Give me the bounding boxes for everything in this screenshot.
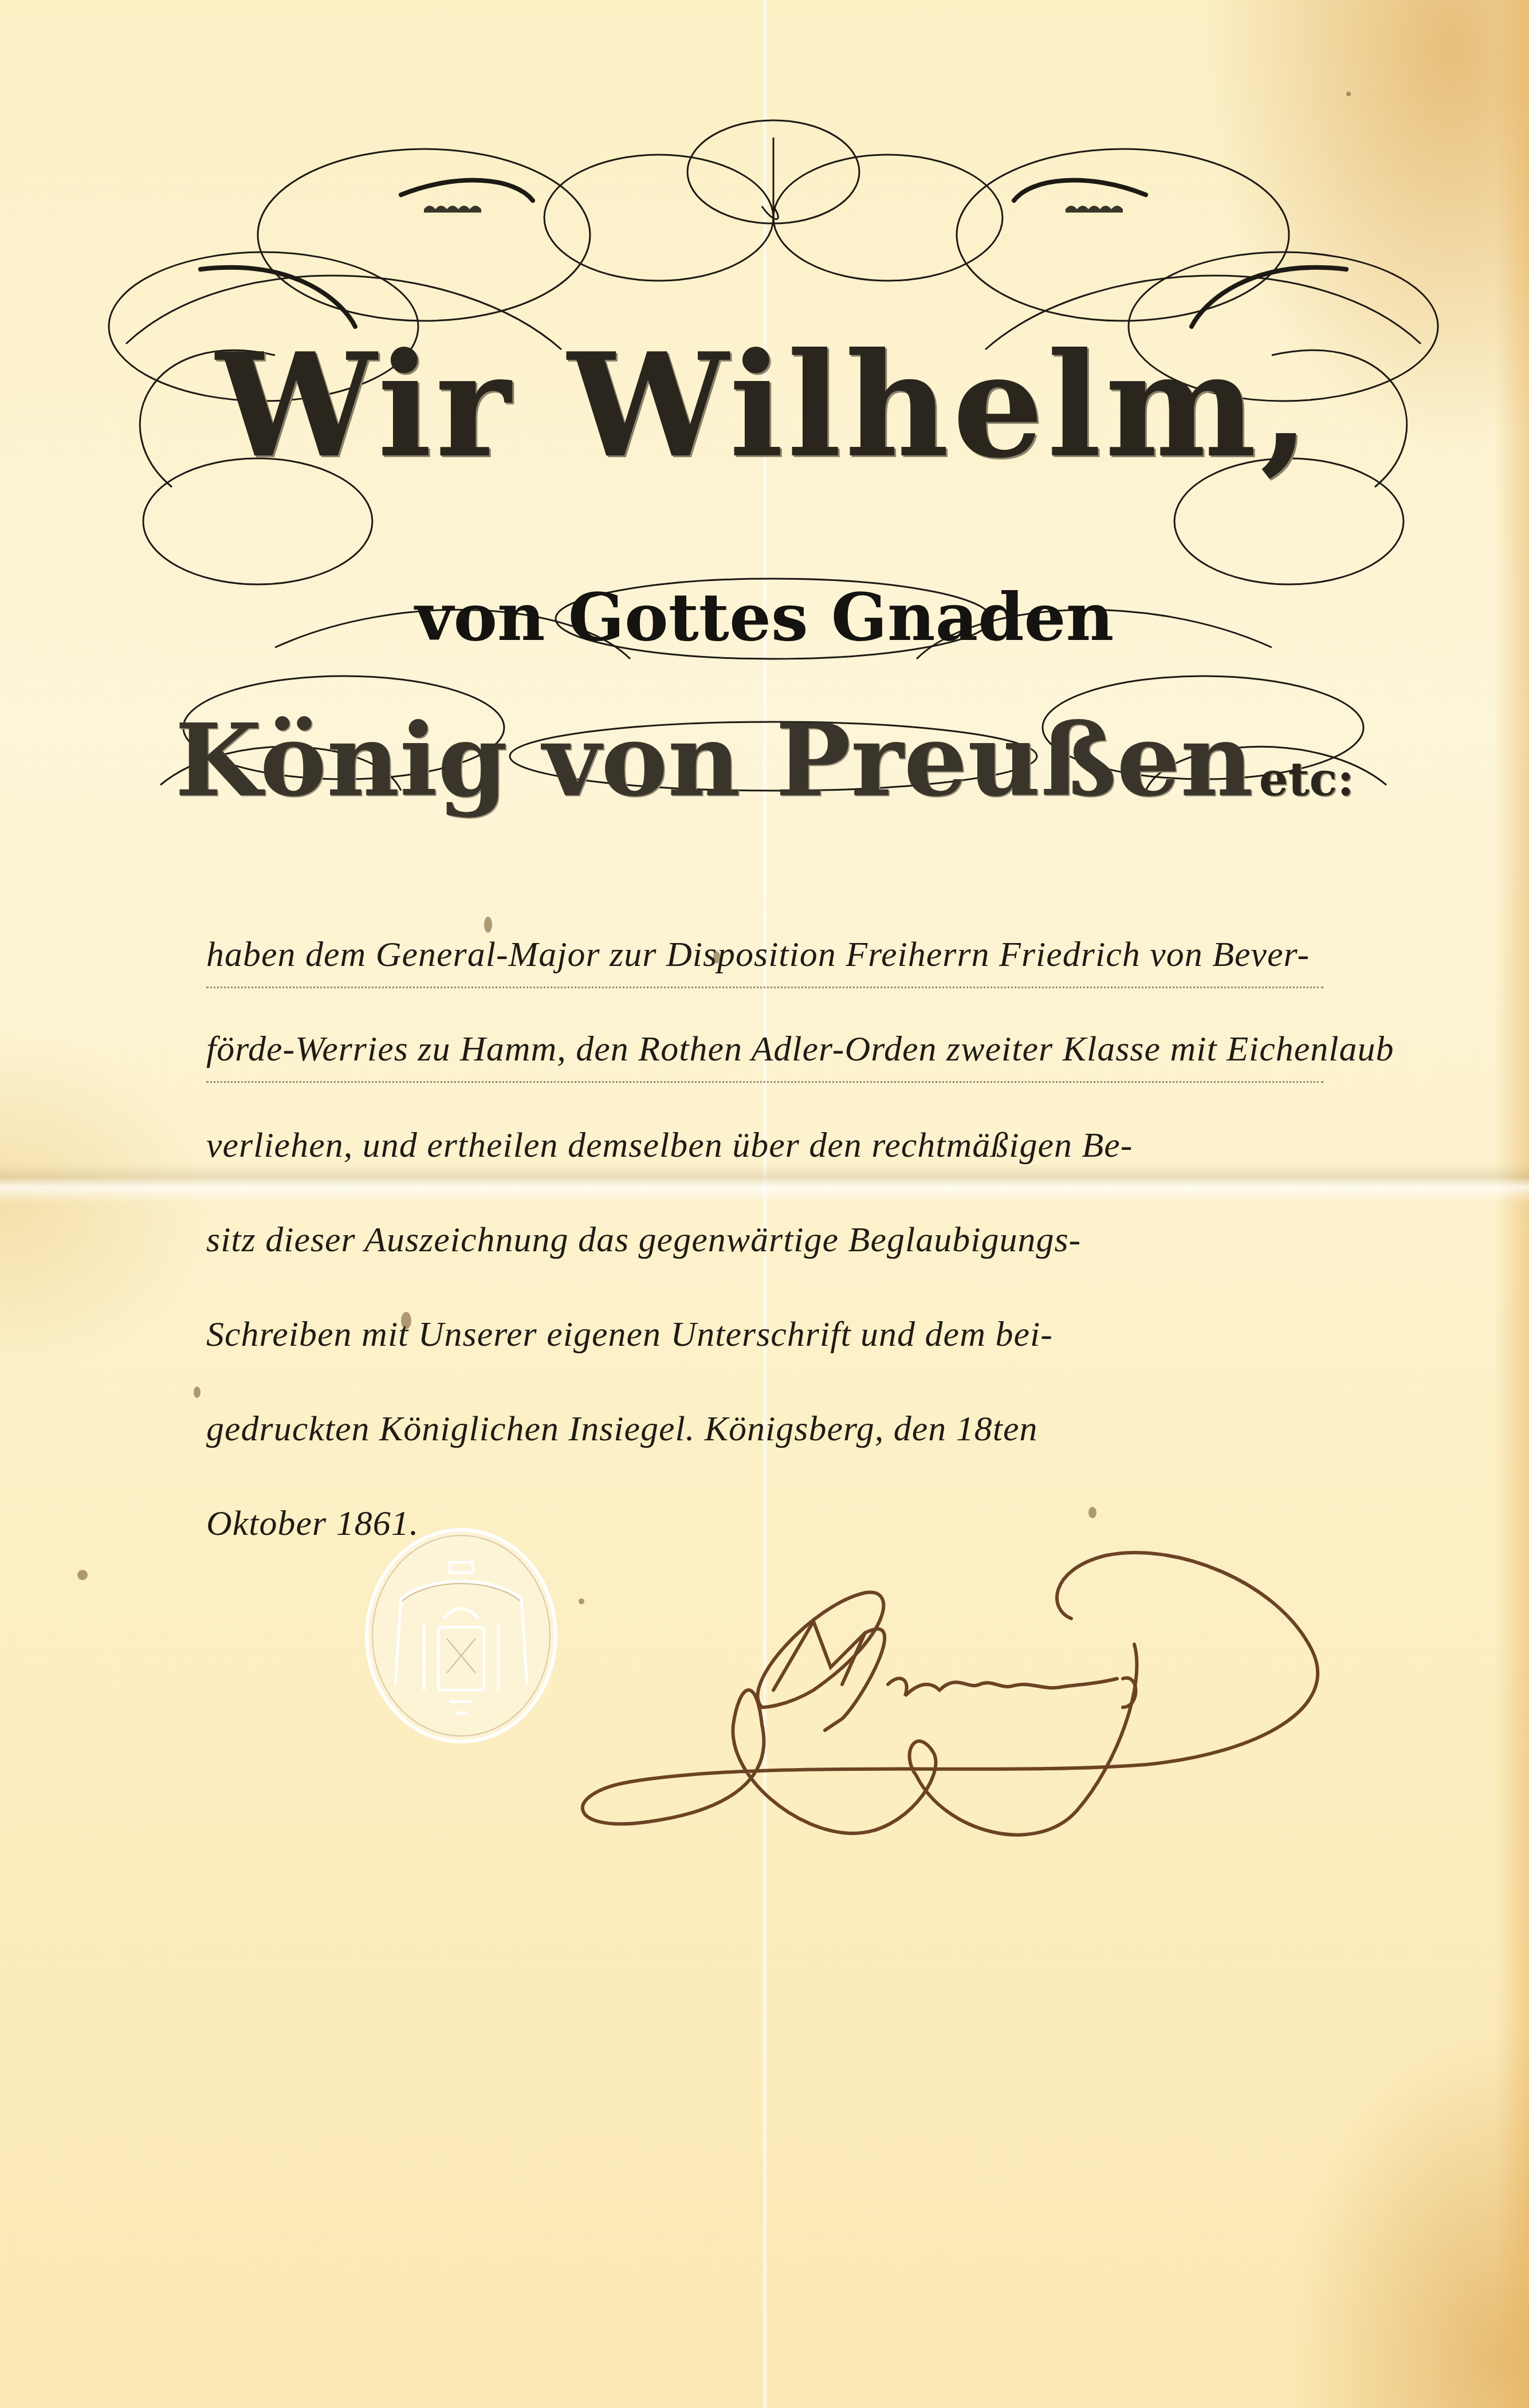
certificate-page: Wir Wilhelm, von Gottes Gnaden König von… bbox=[0, 0, 1529, 2408]
heading-king-line: König von Preußenetc: bbox=[0, 702, 1529, 819]
heading-title: Wir Wilhelm, bbox=[0, 321, 1529, 489]
foxing-spot bbox=[77, 1570, 88, 1580]
heading-subtitle: von Gottes Gnaden bbox=[0, 579, 1529, 656]
body-line-4: sitz dieser Auszeichnung das gegenwärtig… bbox=[206, 1177, 1323, 1272]
body-line-1: haben dem General-Major zur Disposition … bbox=[206, 894, 1323, 988]
body-line-2: förde-Werries zu Hamm, den Rothen Adler-… bbox=[206, 988, 1323, 1083]
etc-abbreviation: etc: bbox=[1259, 752, 1354, 806]
body-line-3: verliehen, und ertheilen demselben über … bbox=[206, 1083, 1323, 1177]
foxing-spot bbox=[194, 1386, 201, 1398]
body-line-5: Schreiben mit Unserer eigenen Unterschri… bbox=[206, 1272, 1323, 1366]
embossed-royal-seal-icon bbox=[361, 1524, 561, 1747]
royal-signature bbox=[544, 1535, 1346, 1856]
body-line-6: gedruckten Königlichen Insiegel. Königsb… bbox=[206, 1366, 1323, 1461]
king-title: König von Preußen bbox=[175, 702, 1253, 819]
certificate-body-text: haben dem General-Major zur Disposition … bbox=[206, 894, 1323, 1555]
